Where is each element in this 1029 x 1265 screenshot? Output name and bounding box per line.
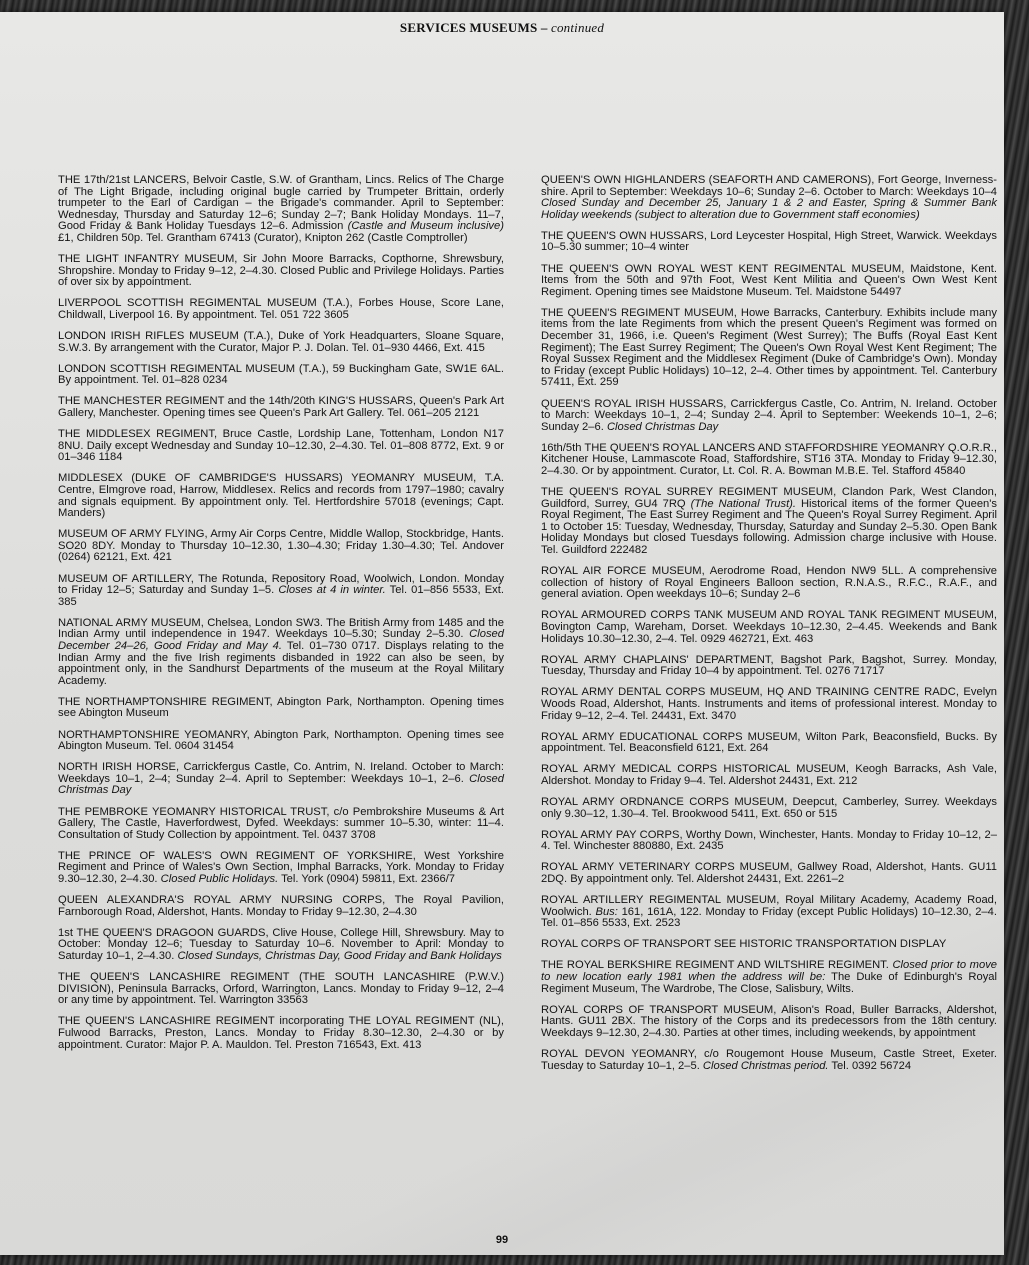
museum-name: THE 17th/21st LANCERS [58, 174, 186, 186]
museum-name: QUEEN'S OWN HIGHLANDERS (SEAFORTH AND CA… [541, 174, 871, 186]
museum-entry: ROYAL ARMY PAY CORPS, Worthy Down, Winch… [541, 830, 997, 853]
museum-entry: THE NORTHAMPTONSHIRE REGIMENT, Abington … [58, 697, 504, 720]
museum-name: ROYAL ARMY DENTAL CORPS MUSEUM, HQ AND T… [541, 686, 956, 698]
museum-entry: LONDON SCOTTISH REGIMENTAL MUSEUM (T.A.)… [58, 364, 504, 387]
museum-name: NATIONAL ARMY MUSEUM [58, 617, 201, 629]
museum-name: ROYAL ARMY EDUCATIONAL CORPS MUSEUM [541, 731, 797, 743]
museum-name: THE ROYAL BERKSHIRE REGIMENT AND WILTSHI… [541, 959, 886, 971]
museum-name: MUSEUM OF ARMY FLYING [58, 528, 204, 540]
museum-note-italic: Closed Public Holidays. [161, 873, 279, 885]
museum-entry: NATIONAL ARMY MUSEUM, Chelsea, London SW… [58, 618, 504, 688]
museum-entry: THE MANCHESTER REGIMENT and the 14th/20t… [58, 396, 504, 419]
museum-details: , Howe Barracks, Canterbury. Exhibits in… [541, 307, 997, 389]
museum-note-italic: Closed Christmas period. [703, 1060, 829, 1072]
museum-name: THE QUEEN'S ROYAL SURREY REGIMENT MUSEUM [541, 486, 833, 498]
museum-name: ROYAL ARMY VETERINARY CORPS MUSEUM [541, 861, 789, 873]
museum-entry: ROYAL DEVON YEOMANRY, c/o Rougemont Hous… [541, 1049, 997, 1072]
museum-entry: ROYAL CORPS OF TRANSPORT SEE HISTORIC TR… [541, 939, 997, 951]
museum-entry: QUEEN'S ROYAL IRISH HUSSARS, Carrickferg… [541, 399, 997, 434]
museum-entry: THE QUEEN'S REGIMENT MUSEUM, Howe Barrac… [541, 308, 997, 389]
right-column: QUEEN'S OWN HIGHLANDERS (SEAFORTH AND CA… [541, 175, 997, 1082]
continued-label: continued [551, 20, 604, 35]
museum-name: ROYAL ARMOURED CORPS TANK MUSEUM AND ROY… [541, 609, 994, 621]
museum-name: MUSEUM OF ARTILLERY [58, 573, 191, 585]
museum-entry: THE LIGHT INFANTRY MUSEUM, Sir John Moor… [58, 254, 504, 289]
museum-entry: THE QUEEN'S LANCASHIRE REGIMENT incorpor… [58, 1016, 504, 1051]
museum-name: 16th/5th THE QUEEN'S ROYAL LANCERS AND S… [541, 442, 994, 454]
museum-name: LONDON IRISH RIFLES MUSEUM (T.A.) [58, 330, 270, 342]
museum-entry: MIDDLESEX (DUKE OF CAMBRIDGE'S HUSSARS) … [58, 473, 504, 519]
running-head: SERVICES MUSEUMS – continued [0, 20, 1004, 36]
museum-entry: 16th/5th THE QUEEN'S ROYAL LANCERS AND S… [541, 443, 997, 478]
museum-entry: NORTH IRISH HORSE, Carrickfergus Castle,… [58, 762, 504, 797]
left-column: THE 17th/21st LANCERS, Belvoir Castle, S… [58, 175, 504, 1061]
museum-entry: THE MIDDLESEX REGIMENT, Bruce Castle, Lo… [58, 429, 504, 464]
museum-details: , Peninsula Barracks, Orford, Warrington… [58, 983, 504, 1007]
museum-name: THE QUEEN'S REGIMENT MUSEUM [541, 307, 734, 319]
museum-entry: THE PEMBROKE YEOMANRY HISTORICAL TRUST, … [58, 807, 504, 842]
museum-entry: NORTHAMPTONSHIRE YEOMANRY, Abington Park… [58, 730, 504, 753]
museum-name: MIDDLESEX (DUKE OF CAMBRIDGE'S HUSSARS) … [58, 472, 473, 484]
museum-name: THE NORTHAMPTONSHIRE REGIMENT [58, 696, 270, 708]
museum-entry: ROYAL ARMY VETERINARY CORPS MUSEUM, Gall… [541, 862, 997, 885]
museum-note-italic: Closed Sundays, Christmas Day, Good Frid… [177, 950, 501, 962]
museum-name: THE MANCHESTER REGIMENT and the 14th/20t… [58, 395, 413, 407]
museum-note-italic: (Castle and Museum inclusive) [348, 220, 504, 232]
museum-entry: MUSEUM OF ARTILLERY, The Rotunda, Reposi… [58, 574, 504, 609]
document-page: SERVICES MUSEUMS – continued THE 17th/21… [0, 12, 1004, 1255]
museum-entry: THE 17th/21st LANCERS, Belvoir Castle, S… [58, 175, 504, 245]
museum-note-italic: Closed Christmas Day [607, 421, 718, 433]
museum-entry: THE PRINCE OF WALES'S OWN REGIMENT OF YO… [58, 851, 504, 886]
museum-note-italic: Closes at 4 in winter. [278, 584, 385, 596]
museum-entry: ROYAL ARMOURED CORPS TANK MUSEUM AND ROY… [541, 610, 997, 645]
museum-note-italic: Bus: [595, 906, 617, 918]
section-title: SERVICES MUSEUMS [400, 20, 537, 35]
museum-name: ROYAL DEVON YEOMANRY [541, 1048, 694, 1060]
museum-entry: ROYAL ARTILLERY REGIMENTAL MUSEUM, Royal… [541, 895, 997, 930]
museum-name: ROYAL CORPS OF TRANSPORT SEE HISTORIC TR… [541, 938, 946, 950]
museum-details-tail: £1, Children 50p. Tel. Grantham 67413 (C… [58, 232, 468, 244]
museum-name: THE QUEEN'S OWN ROYAL WEST KENT REGIMENT… [541, 263, 901, 275]
museum-entry: QUEEN'S OWN HIGHLANDERS (SEAFORTH AND CA… [541, 175, 997, 221]
museum-name: THE PEMBROKE YEOMANRY HISTORICAL TRUST [58, 806, 326, 818]
museum-name: ROYAL ARMY MEDICAL CORPS HISTORICAL MUSE… [541, 763, 846, 775]
museum-name: NORTH IRISH HORSE [58, 761, 176, 773]
museum-name: THE LIGHT INFANTRY MUSEUM [58, 253, 234, 265]
museum-note-italic: Closed Sunday and December 25, January 1… [541, 197, 997, 221]
museum-name: ROYAL ARTILLERY REGIMENTAL MUSEUM [541, 894, 776, 906]
museum-name: ROYAL ARMY ORDNANCE CORPS MUSEUM [541, 796, 784, 808]
museum-entry: THE QUEEN'S OWN ROYAL WEST KENT REGIMENT… [541, 264, 997, 299]
museum-entry: LIVERPOOL SCOTTISH REGIMENTAL MUSEUM (T.… [58, 298, 504, 321]
museum-entry: ROYAL CORPS OF TRANSPORT MUSEUM, Alison'… [541, 1005, 997, 1040]
museum-entry: ROYAL ARMY MEDICAL CORPS HISTORICAL MUSE… [541, 764, 997, 787]
museum-entry: THE QUEEN'S LANCASHIRE REGIMENT (THE SOU… [58, 972, 504, 1007]
museum-entry: THE QUEEN'S OWN HUSSARS, Lord Leycester … [541, 231, 997, 254]
museum-name: THE PRINCE OF WALES'S OWN REGIMENT OF YO… [58, 850, 413, 862]
museum-entry: ROYAL AIR FORCE MUSEUM, Aerodrome Road, … [541, 566, 997, 601]
title-separator: – [537, 20, 551, 35]
museum-entry: ROYAL ARMY DENTAL CORPS MUSEUM, HQ AND T… [541, 687, 997, 722]
museum-name: LIVERPOOL SCOTTISH REGIMENTAL MUSEUM (T.… [58, 297, 349, 309]
page-number: 99 [0, 1234, 1004, 1246]
museum-entry: ROYAL ARMY ORDNANCE CORPS MUSEUM, Deepcu… [541, 797, 997, 820]
museum-name: ROYAL CORPS OF TRANSPORT MUSEUM [541, 1004, 773, 1016]
museum-entry: ROYAL ARMY CHAPLAINS' DEPARTMENT, Bagsho… [541, 655, 997, 678]
museum-name: THE QUEEN'S LANCASHIRE REGIMENT incorpor… [58, 1015, 501, 1027]
museum-name: ROYAL ARMY PAY CORPS [541, 829, 679, 841]
museum-entry: QUEEN ALEXANDRA'S ROYAL ARMY NURSING COR… [58, 895, 504, 918]
museum-entry: LONDON IRISH RIFLES MUSEUM (T.A.), Duke … [58, 331, 504, 354]
museum-name: 1st THE QUEEN'S DRAGOON GUARDS [58, 927, 265, 939]
museum-name: QUEEN ALEXANDRA'S ROYAL ARMY NURSING COR… [58, 894, 382, 906]
museum-name: NORTHAMPTONSHIRE YEOMANRY [58, 729, 247, 741]
museum-name: QUEEN'S ROYAL IRISH HUSSARS [541, 398, 723, 410]
museum-details-tail: Tel. York (0904) 59811, Ext. 2366/7 [278, 873, 455, 885]
museum-entry: 1st THE QUEEN'S DRAGOON GUARDS, Clive Ho… [58, 928, 504, 963]
museum-name: THE QUEEN'S OWN HUSSARS [541, 230, 704, 242]
museum-name: THE MIDDLESEX REGIMENT [58, 428, 214, 440]
museum-name: LONDON SCOTTISH REGIMENTAL MUSEUM (T.A.) [58, 363, 326, 375]
museum-entry: THE ROYAL BERKSHIRE REGIMENT AND WILTSHI… [541, 960, 997, 995]
museum-name: ROYAL ARMY CHAPLAINS' DEPARTMENT [541, 654, 770, 666]
museum-details-tail: Tel. 0392 56724 [829, 1060, 912, 1072]
museum-name: ROYAL AIR FORCE MUSEUM [541, 565, 702, 577]
museum-entry: ROYAL ARMY EDUCATIONAL CORPS MUSEUM, Wil… [541, 732, 997, 755]
museum-entry: THE QUEEN'S ROYAL SURREY REGIMENT MUSEUM… [541, 487, 997, 557]
museum-note-italic: (The National Trust). [691, 498, 796, 510]
museum-entry: MUSEUM OF ARMY FLYING, Army Air Corps Ce… [58, 529, 504, 564]
